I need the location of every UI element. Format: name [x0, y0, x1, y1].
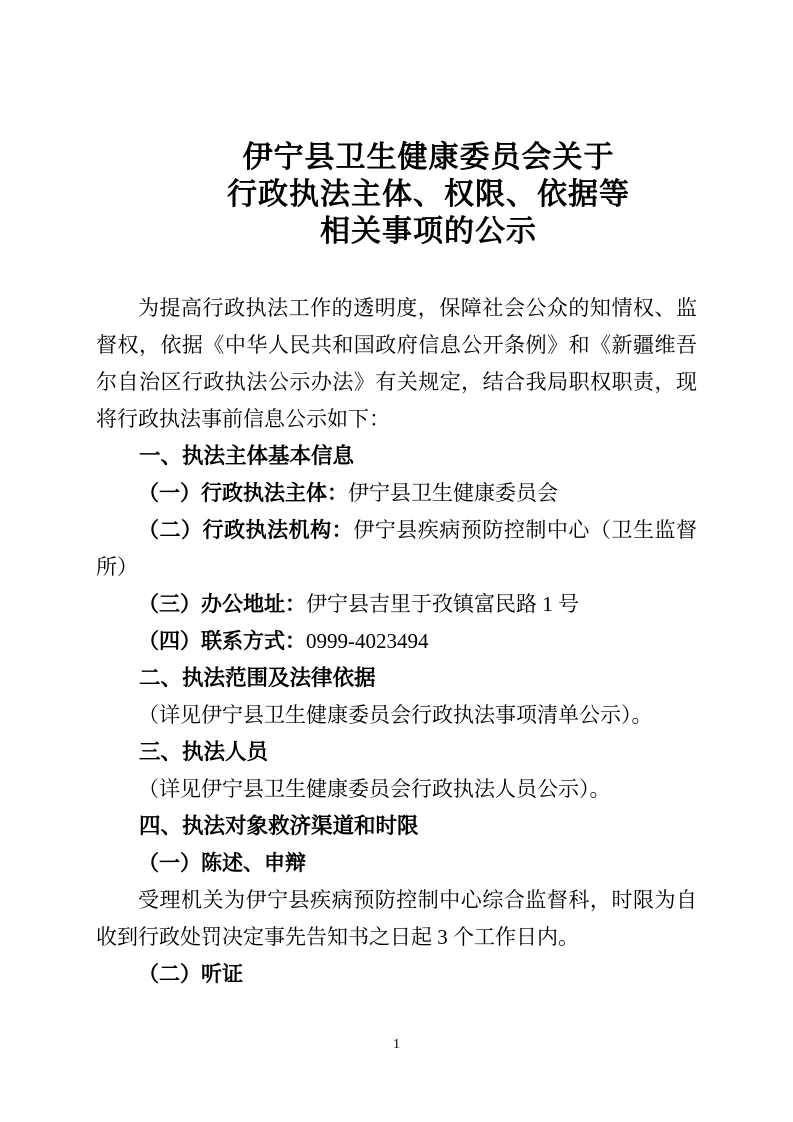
item-label-address: （三）办公地址：	[138, 592, 306, 616]
section-4-sub-1-heading: （一）陈述、申辩	[96, 845, 697, 882]
item-value-subject: 伊宁县卫生健康委员会	[348, 481, 558, 505]
document-title-line-2: 行政执法主体、权限、依据等	[128, 176, 729, 213]
section-4-sub-1-body: 受理机关为伊宁县疾病预防控制中心综合监督科，时限为自收到行政处罚决定事先告知书之…	[96, 882, 697, 956]
section-1-heading: 一、执法主体基本信息	[96, 438, 697, 475]
section-2-note: （详见伊宁县卫生健康委员会行政执法事项清单公示）。	[96, 697, 697, 734]
document-body: 为提高行政执法工作的透明度，保障社会公众的知情权、监督权，依据《中华人民共和国政…	[96, 290, 697, 993]
intro-paragraph: 为提高行政执法工作的透明度，保障社会公众的知情权、监督权，依据《中华人民共和国政…	[96, 290, 697, 438]
document-title-line-1: 伊宁县卫生健康委员会关于	[128, 139, 729, 176]
item-label-subject: （一）行政执法主体：	[138, 481, 348, 505]
section-2-heading: 二、执法范围及法律依据	[96, 660, 697, 697]
document-title-line-3: 相关事项的公示	[128, 213, 729, 250]
document-title: 伊宁县卫生健康委员会关于 行政执法主体、权限、依据等 相关事项的公示	[128, 139, 729, 250]
section-3-heading: 三、执法人员	[96, 734, 697, 771]
section-3-note: （详见伊宁县卫生健康委员会行政执法人员公示）。	[96, 771, 697, 808]
section-1-item-contact: （四）联系方式：0999-4023494	[96, 623, 697, 660]
document-page: 伊宁县卫生健康委员会关于 行政执法主体、权限、依据等 相关事项的公示 为提高行政…	[0, 0, 793, 1122]
item-value-contact: 0999-4023494	[306, 629, 429, 653]
section-4-heading: 四、执法对象救济渠道和时限	[96, 808, 697, 845]
item-label-agency: （二）行政执法机构：	[138, 518, 353, 542]
section-1-item-subject: （一）行政执法主体：伊宁县卫生健康委员会	[96, 475, 697, 512]
page-number: 1	[0, 1036, 793, 1054]
item-value-address: 伊宁县吉里于孜镇富民路 1 号	[306, 592, 579, 616]
item-label-contact: （四）联系方式：	[138, 629, 306, 653]
section-1-item-agency: （二）行政执法机构：伊宁县疾病预防控制中心（卫生监督所）	[96, 512, 697, 586]
section-1-item-address: （三）办公地址：伊宁县吉里于孜镇富民路 1 号	[96, 586, 697, 623]
section-4-sub-2-heading: （二）听证	[96, 956, 697, 993]
